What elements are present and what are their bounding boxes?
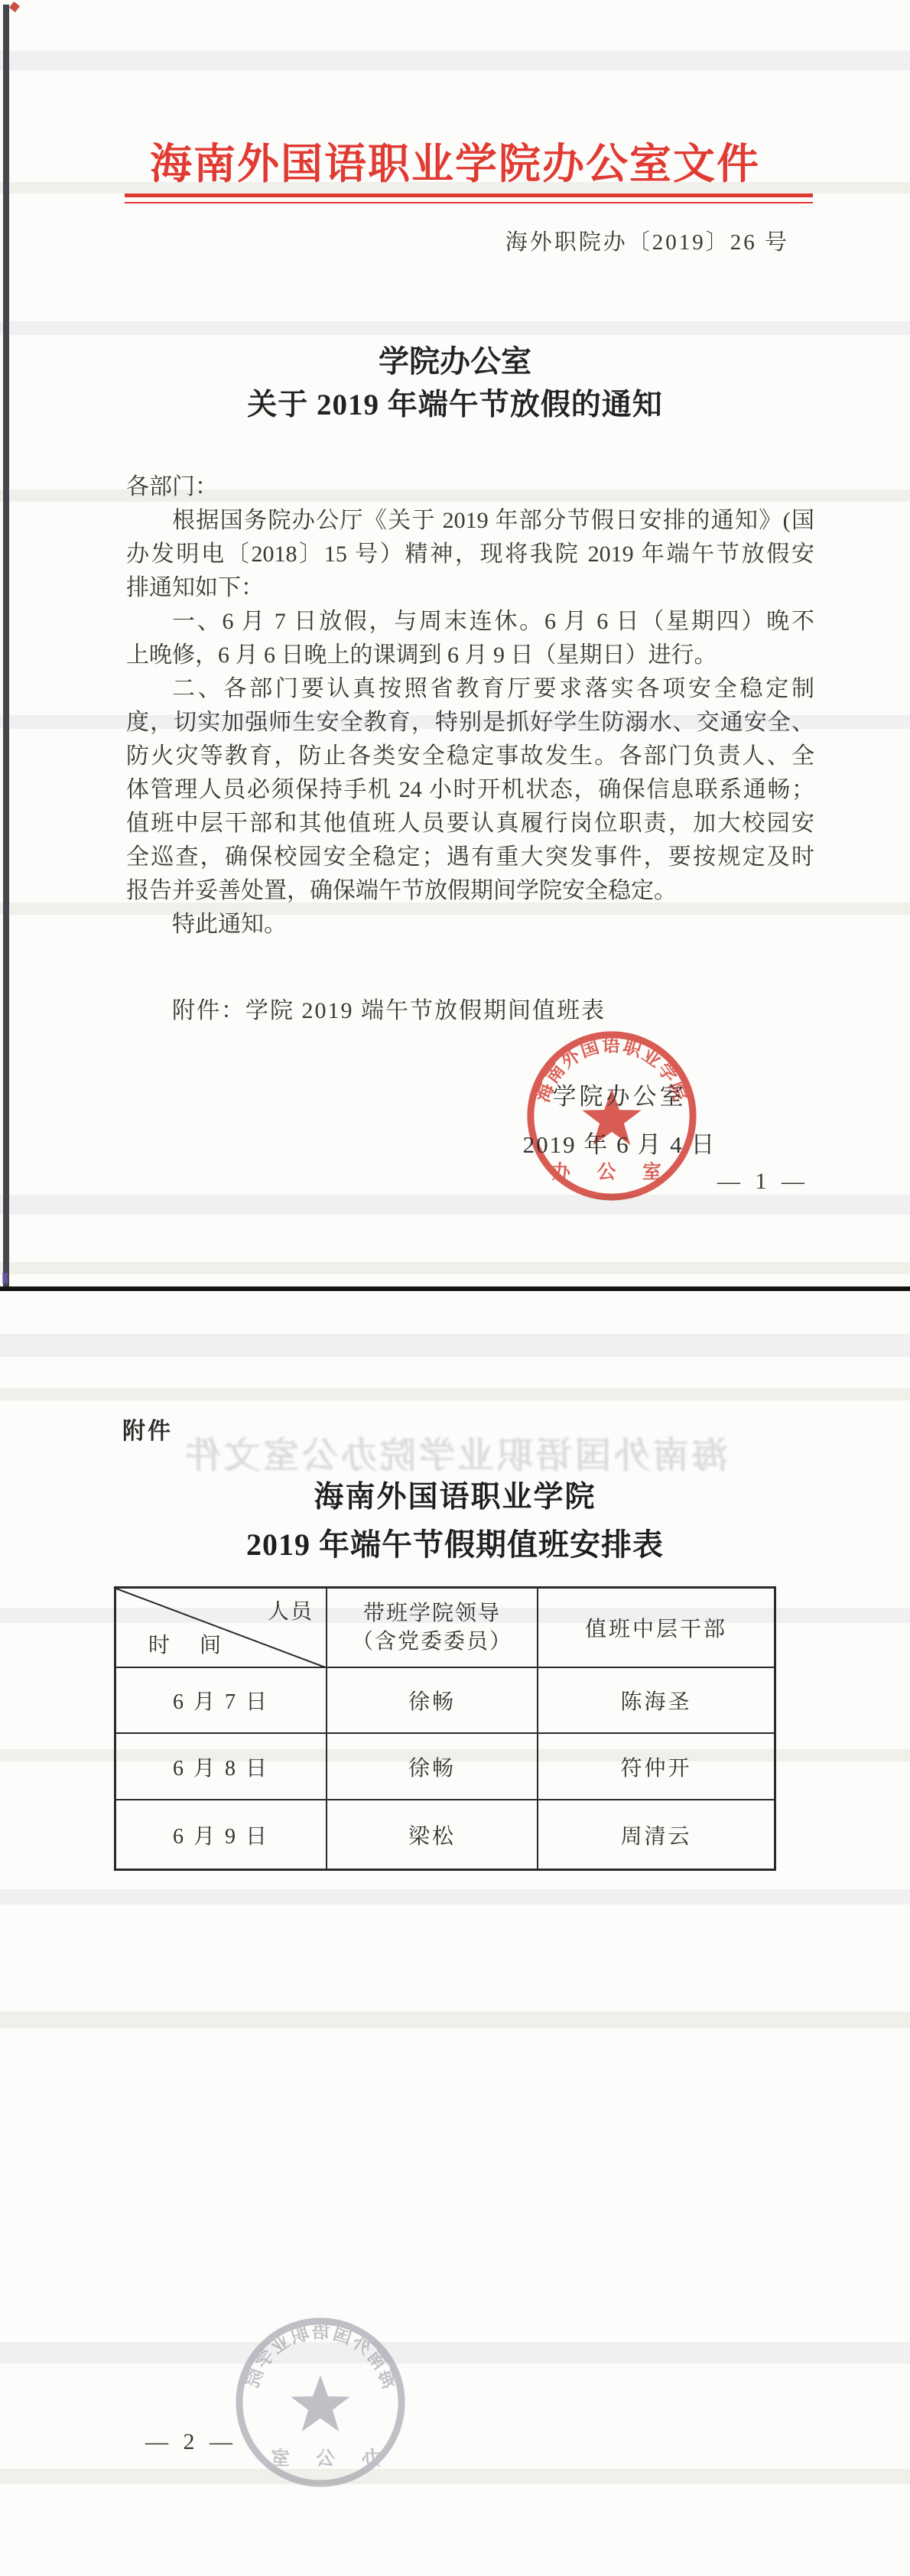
table-corner-cell: 人员 时 间 bbox=[116, 1589, 327, 1668]
attachment-note: 附件：学院 2019 端午节放假期间值班表 bbox=[172, 991, 606, 1025]
scan-edge-line bbox=[3, 5, 9, 1286]
body-line: 二、各部门要认真按照省教育厅要求落实各项安全稳定制 bbox=[126, 672, 814, 706]
body-line: 各部门： bbox=[126, 470, 814, 504]
body-line: 度，切实加强师生安全教育，特别是抓好学生防溺水、交通安全、 bbox=[126, 706, 814, 740]
header-leader-line1: 带班学院领导 bbox=[363, 1599, 501, 1628]
scan-mark-purple bbox=[2, 1273, 8, 1283]
cell-cadre: 符仲开 bbox=[538, 1734, 774, 1800]
masthead-rule-thin bbox=[125, 202, 813, 203]
cell-cadre: 陈海圣 bbox=[538, 1668, 774, 1734]
scan-band bbox=[0, 1388, 910, 1400]
body-line: 体管理人员必须保持手机 24 小时开机状态，确保信息联系通畅； bbox=[126, 773, 814, 807]
schedule-title-line1: 海南外国语职业学院 bbox=[0, 1473, 910, 1516]
scan-band bbox=[0, 2469, 910, 2484]
cell-cadre: 周清云 bbox=[538, 1800, 774, 1869]
corner-label-time: 时 间 bbox=[148, 1628, 233, 1659]
duty-schedule-table: 人员 时 间 带班学院领导 （含党委委员） 值班中层干部 6 月 7 日 徐畅 … bbox=[114, 1586, 776, 1871]
scan-band bbox=[0, 1334, 910, 1357]
body-line: 防火灾等教育，防止各类安全稳定事故发生。各部门负责人、全 bbox=[126, 740, 814, 773]
body-line: 全巡查，确保校园安全稳定；遇有重大突发事件，要按规定及时 bbox=[126, 841, 814, 874]
document-number: 海外职院办〔2019〕26 号 bbox=[0, 225, 789, 256]
page-separator bbox=[0, 1286, 910, 1291]
scan-band bbox=[0, 2012, 910, 2028]
masthead-rule-thick bbox=[125, 194, 813, 197]
scan-band bbox=[0, 1195, 910, 1215]
page-number-1: — 1 — bbox=[717, 1169, 809, 1195]
corner-label-personnel: 人员 bbox=[268, 1595, 314, 1625]
masthead-title: 海南外国语职业学院办公室文件 bbox=[0, 130, 910, 190]
official-seal-red: 海南外国语职业学院 办 公 室 bbox=[521, 1025, 703, 1207]
body-line: 排通知如下： bbox=[126, 571, 814, 605]
scan-mark-red bbox=[9, 2, 20, 12]
cell-date: 6 月 9 日 bbox=[116, 1800, 327, 1869]
cell-leader: 徐畅 bbox=[327, 1668, 538, 1734]
cell-date: 6 月 7 日 bbox=[116, 1668, 327, 1734]
header-leader-line2: （含党委委员） bbox=[352, 1628, 512, 1656]
table-header-leader: 带班学院领导 （含党委委员） bbox=[327, 1589, 538, 1668]
body-line: 特此通知。 bbox=[126, 908, 814, 942]
seal-ring-text: 海南外国语职业学院 bbox=[242, 2322, 400, 2392]
page-number-2: — 2 — bbox=[145, 2429, 237, 2455]
body-line: 根据国务院办公厅《关于 2019 年部分节假日安排的通知》(国 bbox=[126, 504, 814, 538]
cell-leader: 梁松 bbox=[327, 1800, 538, 1869]
table-header-cadre: 值班中层干部 bbox=[538, 1589, 774, 1668]
body-line: 一、6 月 7 日放假，与周末连休。6 月 6 日（星期四）晚不 bbox=[126, 605, 814, 639]
seal-bottom-text: 办 公 室 bbox=[551, 1161, 672, 1182]
scan-band bbox=[0, 321, 910, 335]
bleedthrough-ghost-text: 海南外国语职业学院办公室文件 bbox=[0, 1427, 910, 1478]
schedule-title-line2: 2019 年端午节假期值班安排表 bbox=[0, 1521, 910, 1564]
signature-office: 学院办公室 bbox=[528, 1077, 711, 1111]
scan-band bbox=[0, 1889, 910, 1904]
notice-body: 各部门： 根据国务院办公厅《关于 2019 年部分节假日安排的通知》(国 办发明… bbox=[126, 470, 814, 942]
cell-date: 6 月 8 日 bbox=[116, 1734, 327, 1800]
scanned-document: 海南外国语职业学院办公室文件 海外职院办〔2019〕26 号 学院办公室 关于 … bbox=[0, 0, 910, 2576]
cell-leader: 徐畅 bbox=[327, 1734, 538, 1800]
signature-date: 2019 年 6 月 4 日 bbox=[505, 1125, 734, 1160]
svg-text:海南外国语职业学院: 海南外国语职业学院 bbox=[242, 2322, 400, 2392]
seal-bottom-text: 办 公 室 bbox=[260, 2448, 381, 2469]
bleedthrough-seal-gray: 海南外国语职业学院 办 公 室 bbox=[229, 2311, 411, 2493]
body-line: 报告并妥善处置，确保端午节放假期间学院安全稳定。 bbox=[126, 874, 814, 908]
body-line: 值班中层干部和其他值班人员要认真履行岗位职责，加大校园安 bbox=[126, 807, 814, 841]
notice-title-line1: 学院办公室 bbox=[0, 337, 910, 381]
seal-star-icon bbox=[291, 2375, 349, 2431]
body-line: 上晚修，6 月 6 日晚上的课调到 6 月 9 日（星期日）进行。 bbox=[126, 639, 814, 672]
scan-band bbox=[0, 1262, 910, 1274]
body-line: 办发明电〔2018〕15 号）精神，现将我院 2019 年端午节放假安 bbox=[126, 538, 814, 571]
notice-title-line2: 关于 2019 年端午节放假的通知 bbox=[0, 381, 910, 424]
scan-band bbox=[0, 2342, 910, 2363]
scan-band bbox=[0, 50, 910, 70]
